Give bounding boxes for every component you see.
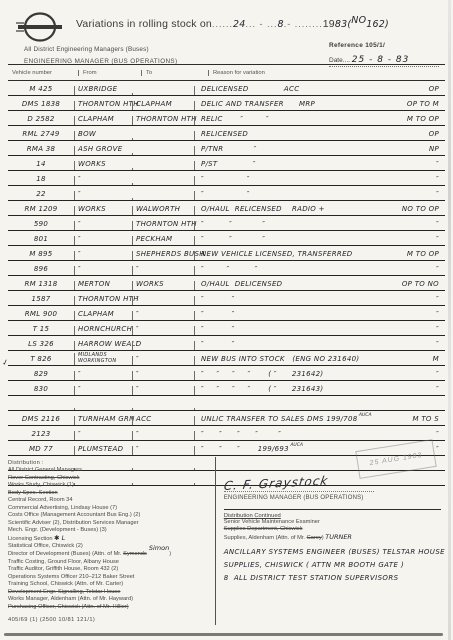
reason-text: ″ ″ ″ ″ ( ″ 231642) bbox=[201, 371, 387, 380]
reason-cell bbox=[194, 408, 445, 410]
reason-cell: ″ ″ ″″ bbox=[194, 236, 445, 245]
handwritten-no-label: NO bbox=[351, 15, 366, 26]
status-text: ″ bbox=[387, 221, 445, 230]
from-cell: BOW bbox=[74, 131, 132, 140]
table-row: 18″″ ″″ bbox=[8, 171, 445, 186]
footer-divider-rule bbox=[224, 509, 441, 510]
reason-text: ″ ″ bbox=[201, 296, 387, 305]
status-text: M TO OP bbox=[387, 251, 445, 260]
status-text: ″ bbox=[387, 341, 445, 350]
table-row: DMS 1838THORNTON HTHCLAPHAMDELIC AND TRA… bbox=[8, 96, 445, 111]
to-cell: ″ bbox=[132, 431, 194, 440]
distribution-list: Distribution : All District General Mana… bbox=[8, 457, 215, 625]
to-cell bbox=[132, 153, 194, 155]
from-cell: CLAPHAM bbox=[74, 311, 132, 320]
table-row: D 2582CLAPHAMTHORNTON HTHRELIC ″ ″M TO O… bbox=[8, 111, 445, 126]
handwritten-annotation: ✱ L bbox=[54, 534, 65, 542]
from-cell: ″ bbox=[74, 191, 132, 200]
distribution-item: Rover Contracting, Chiswick bbox=[8, 475, 215, 482]
vehicle-number-cell: 1587 bbox=[8, 296, 74, 305]
status-text: ″ bbox=[387, 311, 445, 320]
status-text: ″ bbox=[387, 236, 445, 245]
handwritten-annotation: Simon bbox=[147, 544, 169, 552]
to-cell bbox=[132, 183, 194, 185]
superscript-note: AUCA bbox=[358, 413, 372, 418]
table-row: 829″″″ ″ ″ ″ ( ″ 231642)″ bbox=[8, 366, 445, 381]
from-cell: HORNCHURCH bbox=[74, 326, 132, 335]
distribution-item: Scientific Adviser (2), Distribution Ser… bbox=[8, 520, 215, 527]
reason-text: RELIC ″ ″ bbox=[201, 116, 387, 125]
vehicle-number-cell: T 15 bbox=[8, 326, 74, 335]
reason-text: ″ ″ bbox=[201, 326, 387, 335]
form-print-reference: 405/69 (1) (2500 10/81 121/1) bbox=[8, 617, 215, 624]
from-cell: ″ bbox=[74, 431, 132, 440]
table-row: RMA 38ASH GROVEP/TNR ″NP bbox=[8, 141, 445, 156]
status-text: OP TO NO bbox=[387, 281, 445, 290]
handwritten-no-value: 162 bbox=[366, 19, 385, 30]
status-text: ″ bbox=[387, 371, 445, 380]
signatory-role: ENGINEERING MANAGER (BUS OPERATIONS) bbox=[224, 495, 445, 501]
to-cell: ″ bbox=[132, 311, 194, 320]
reason-text: P/ST ″ bbox=[201, 161, 387, 170]
reason-text: NEW BUS INTO STOCK (ENG NO 231640) bbox=[201, 356, 387, 365]
handwritten-line: ANCILLARY SYSTEMS ENGINEER (BUSES) TELST… bbox=[224, 546, 445, 559]
form-title-line: Variations in rolling stock on......24..… bbox=[76, 18, 389, 30]
table-row: 801″PECKHAM″ ″ ″″ bbox=[8, 231, 445, 246]
to-cell: ″ bbox=[132, 341, 194, 350]
to-cell bbox=[132, 93, 194, 95]
to-cell bbox=[132, 198, 194, 200]
distribution-item: Development Engr. Signalling, Telstar Ho… bbox=[8, 589, 215, 596]
reason-cell: ″ ″ ″ ″ ( ″ 231642)″ bbox=[194, 371, 445, 380]
status-text: ″ bbox=[387, 386, 445, 395]
form-header: Variations in rolling stock on......24..… bbox=[10, 6, 445, 62]
reason-cell: ″ ″″ bbox=[194, 176, 445, 185]
reason-text: DELICENSED ACC bbox=[201, 86, 387, 95]
from-cell bbox=[74, 408, 132, 410]
to-cell: ″ bbox=[132, 446, 194, 455]
col-header-vehicle-number: Vehicle number bbox=[8, 70, 78, 76]
table-row: RM 1318MERTONWORKSO/HAUL DELICENSEDOP TO… bbox=[8, 276, 445, 291]
vehicle-number-cell: RM 1318 bbox=[8, 281, 74, 290]
from-cell: UXBRIDGE bbox=[74, 86, 132, 95]
to-cell bbox=[132, 138, 194, 140]
reason-cell: NEW VEHICLE LICENSED, TRANSFERREDM TO OP bbox=[194, 251, 445, 260]
vehicle-number-cell: RML 900 bbox=[8, 311, 74, 320]
handwritten-day: 24 bbox=[233, 19, 246, 30]
table-header-row: Vehicle number From To Reason for variat… bbox=[8, 64, 445, 81]
reason-cell: ″ ″″ bbox=[194, 296, 445, 305]
vehicle-number-cell: LS 326 bbox=[8, 341, 74, 350]
from-cell: ″ bbox=[74, 251, 132, 260]
status-text: ″ bbox=[387, 266, 445, 275]
table-row: DMS 2116TURNHAM GRNACCUNLIC TRANSFER TO … bbox=[8, 411, 445, 426]
reason-text: P/TNR ″ bbox=[201, 146, 387, 155]
vehicle-number-cell: DMS 1838 bbox=[8, 101, 74, 110]
table-row: RML 900CLAPHAM″″ ″″ bbox=[8, 306, 445, 321]
table-row bbox=[8, 396, 445, 411]
reason-cell: ″ ″ ″″ bbox=[194, 266, 445, 275]
vehicle-number-cell: 896 bbox=[8, 266, 74, 275]
signature-and-distribution-continued: 25 AUG 1983 C. F. Graystock ENGINEERING … bbox=[215, 457, 445, 625]
distribution-item: Commercial Advertising, Lindsay House (7… bbox=[8, 505, 215, 512]
status-text: ″ bbox=[387, 431, 445, 440]
table-row: 590″THORNTON HTH″ ″ ″″ bbox=[8, 216, 445, 231]
reason-text: O/HAUL RELICENSED RADIO + bbox=[201, 206, 387, 215]
distribution-item: Training School, Chiswick (Attn. of Mr. … bbox=[8, 581, 215, 588]
to-cell: THORNTON HTH bbox=[132, 116, 194, 125]
from-cell: ″ bbox=[74, 176, 132, 185]
status-text: OP bbox=[387, 86, 445, 95]
reason-cell: RELIC ″ ″M TO OP bbox=[194, 116, 445, 125]
reason-cell: RELICENSEDOP bbox=[194, 131, 445, 140]
handwritten-annotation: TURNER bbox=[325, 533, 352, 541]
vehicle-number-cell: 14 bbox=[8, 161, 74, 170]
reason-cell: UNLIC TRANSFER TO SALES DMS 199/708 AUCA… bbox=[194, 416, 445, 426]
addressee-to-line: All District Engineering Managers (Buses… bbox=[24, 46, 178, 53]
reason-text: ″ ″ bbox=[201, 341, 387, 350]
handwritten-signature: C. F. Graystock bbox=[223, 467, 446, 493]
vehicle-number-cell: RMA 38 bbox=[8, 146, 74, 155]
reference-number: Reference 105/1/ bbox=[329, 42, 439, 49]
reason-text bbox=[201, 408, 387, 410]
status-text: ″ bbox=[387, 161, 445, 170]
to-cell: PECKHAM bbox=[132, 236, 194, 245]
table-row: T 826MIDLANDS WORKINGTON″NEW BUS INTO ST… bbox=[8, 351, 445, 366]
from-cell: CLAPHAM bbox=[74, 116, 132, 125]
distribution-title: Distribution : bbox=[8, 460, 215, 467]
vehicle-number-cell: RM 1209 bbox=[8, 206, 74, 215]
to-cell: WORKS bbox=[132, 281, 194, 290]
handwritten-year: 83 bbox=[335, 19, 348, 30]
reason-text: ″ ″ ″ bbox=[201, 266, 387, 275]
reason-text: ″ ″ ″ bbox=[201, 221, 387, 230]
rolling-stock-table: Vehicle number From To Reason for variat… bbox=[8, 64, 445, 486]
status-text: M bbox=[387, 356, 445, 365]
table-body: M 425UXBRIDGEDELICENSED ACCOPDMS 1838THO… bbox=[8, 81, 445, 486]
vehicle-number-cell: 22 bbox=[8, 191, 74, 200]
handwritten-line: 8 ALL DISTRICT TEST STATION SUPERVISORS bbox=[224, 572, 445, 585]
col-header-reason: Reason for variation bbox=[208, 70, 445, 76]
vehicle-number-cell: MD 77 bbox=[8, 446, 74, 455]
col-header-to: To bbox=[141, 70, 208, 76]
reason-cell: O/HAUL DELICENSEDOP TO NO bbox=[194, 281, 445, 290]
status-text: ″ bbox=[387, 326, 445, 335]
form-title: Variations in rolling stock on bbox=[76, 18, 212, 30]
reason-text: RELICENSED bbox=[201, 131, 387, 140]
table-row: T 15HORNCHURCH″″ ″″ bbox=[8, 321, 445, 336]
reason-cell: DELIC AND TRANSFER MRPOP TO M bbox=[194, 101, 445, 110]
status-text: OP TO M bbox=[387, 101, 445, 110]
vehicle-number-cell: D 2582 bbox=[8, 116, 74, 125]
to-cell: ″ bbox=[132, 356, 194, 365]
table-row: 896″″″ ″ ″″ bbox=[8, 261, 445, 276]
distribution-item: Licensing Section ✱ L bbox=[8, 535, 215, 543]
to-cell: CLAPHAM bbox=[132, 101, 194, 110]
reason-cell: P/ST ″″ bbox=[194, 161, 445, 170]
col-header-from: From bbox=[78, 70, 141, 76]
to-cell: ″ bbox=[132, 266, 194, 275]
distribution-item: Purchasing Officer, Chiswick (Attn. of M… bbox=[8, 604, 215, 611]
reason-cell: ″ ″ ″″ bbox=[194, 221, 445, 230]
table-row: 22″″ ″″ bbox=[8, 186, 445, 201]
distribution-item: Traffic Auditor, Griffith House, Room 43… bbox=[8, 566, 215, 573]
vehicle-number-cell bbox=[8, 408, 74, 410]
distribution-item: Supplies, Aldenham (Attn. of Mr. Carey) … bbox=[224, 534, 445, 542]
distribution-item: All District General Managers bbox=[8, 467, 215, 474]
table-row: RM 1209WORKSWALWORTHO/HAUL RELICENSED RA… bbox=[8, 201, 445, 216]
status-text: OP bbox=[387, 131, 445, 140]
table-row: 14WORKSP/ST ″″ bbox=[8, 156, 445, 171]
from-cell: ″ bbox=[74, 266, 132, 275]
london-transport-roundel-logo bbox=[14, 10, 64, 44]
handwritten-additions: ANCILLARY SYSTEMS ENGINEER (BUSES) TELST… bbox=[224, 546, 445, 585]
from-cell: HARROW WEALD bbox=[74, 341, 132, 350]
status-text bbox=[387, 408, 445, 410]
to-cell: ACC bbox=[132, 416, 194, 425]
status-text: M TO S bbox=[387, 416, 445, 425]
from-cell: ″ bbox=[74, 371, 132, 380]
table-row: 2123″″″ ″ ″ ″ ″″ bbox=[8, 426, 445, 441]
to-cell: ″ bbox=[132, 371, 194, 380]
status-text: NP bbox=[387, 146, 445, 155]
distribution-item: Central Record, Room 34 bbox=[8, 497, 215, 504]
from-cell: ″ bbox=[74, 221, 132, 230]
reason-text: ″ ″ ″ ″ ( ″ 231643) bbox=[201, 386, 387, 395]
status-text: NO TO OP bbox=[387, 206, 445, 215]
vehicle-number-cell: 590 bbox=[8, 221, 74, 230]
vehicle-number-cell: M 895 bbox=[8, 251, 74, 260]
distribution-item: Senior Vehicle Maintenance Examiner bbox=[224, 519, 445, 526]
vehicle-number-cell: 830 bbox=[8, 386, 74, 395]
status-text: ″ bbox=[387, 176, 445, 185]
distribution-item: Traffic Costing, Ground Floor, Albany Ho… bbox=[8, 559, 215, 566]
vehicle-number-cell: DMS 2116 bbox=[8, 416, 74, 425]
reason-cell: DELICENSED ACCOP bbox=[194, 86, 445, 95]
printed-year-prefix: 19 bbox=[323, 18, 335, 30]
reason-cell: ″ ″ ″ ″ ″″ bbox=[194, 431, 445, 440]
distribution-item: Director of Development (Buses) (Attn. o… bbox=[8, 550, 215, 558]
distribution-item: Works Manager, Aldenham (Attn. of Mr. Ha… bbox=[8, 596, 215, 603]
to-cell: SHEPHERDS BUSH bbox=[132, 251, 194, 260]
reason-cell: P/TNR ″NP bbox=[194, 146, 445, 155]
from-cell: TURNHAM GRN bbox=[74, 416, 132, 425]
addressee-block: All District Engineering Managers (Buses… bbox=[24, 46, 178, 65]
vehicle-number-cell: 829 bbox=[8, 371, 74, 380]
reason-text: ″ ″ bbox=[201, 176, 387, 185]
from-cell: ″ bbox=[74, 386, 132, 395]
distribution-item: Body Spec. Section bbox=[8, 490, 215, 497]
vehicle-number-cell: 801 bbox=[8, 236, 74, 245]
reason-cell: NEW BUS INTO STOCK (ENG NO 231640)M bbox=[194, 356, 445, 365]
distribution-item: Works Study, Chiswick (1) bbox=[8, 482, 215, 489]
reason-text: ″ ″ bbox=[201, 311, 387, 320]
scan-edge-artifact bbox=[4, 633, 443, 636]
scanned-form-page: Variations in rolling stock on......24..… bbox=[0, 0, 453, 640]
form-footer: Distribution : All District General Mana… bbox=[8, 457, 445, 625]
status-text: ″ bbox=[387, 191, 445, 200]
table-row: LS 326HARROW WEALD″″ ″″ bbox=[8, 336, 445, 351]
from-cell: MERTON bbox=[74, 281, 132, 290]
reason-cell: O/HAUL RELICENSED RADIO +NO TO OP bbox=[194, 206, 445, 215]
to-cell: ″ bbox=[132, 326, 194, 335]
to-cell: ″ bbox=[132, 386, 194, 395]
from-cell: ASH GROVE bbox=[74, 146, 132, 155]
to-cell: THORNTON HTH bbox=[132, 221, 194, 230]
vehicle-number-cell: RML 2749 bbox=[8, 131, 74, 140]
date-label: Date.... bbox=[329, 57, 350, 64]
from-cell: ″ bbox=[74, 236, 132, 245]
to-cell: WALWORTH bbox=[132, 206, 194, 215]
reason-cell: ″ ″″ bbox=[194, 341, 445, 350]
to-cell bbox=[132, 168, 194, 170]
reason-cell: ″ ″″ bbox=[194, 311, 445, 320]
reason-text: UNLIC TRANSFER TO SALES DMS 199/708 AUCA bbox=[201, 416, 387, 426]
reason-cell: ″ ″ ″ ″ ( ″ 231643)″ bbox=[194, 386, 445, 395]
table-row: 830″″″ ″ ″ ″ ( ″ 231643)″ bbox=[8, 381, 445, 396]
reason-cell: ″ ″″ bbox=[194, 191, 445, 200]
distribution-item: Statistical Office, Chiswick (2) bbox=[8, 543, 215, 550]
signature-block: C. F. Graystock ENGINEERING MANAGER (BUS… bbox=[224, 479, 445, 501]
from-cell: THORNTON HTH bbox=[74, 296, 132, 305]
from-cell: WORKS bbox=[74, 161, 132, 170]
reason-cell: ″ ″″ bbox=[194, 326, 445, 335]
reason-text: O/HAUL DELICENSED bbox=[201, 281, 387, 290]
from-cell: MIDLANDS WORKINGTON bbox=[74, 353, 132, 365]
table-row: M 425UXBRIDGEDELICENSED ACCOP bbox=[8, 81, 445, 96]
table-row: M 895″SHEPHERDS BUSHNEW VEHICLE LICENSED… bbox=[8, 246, 445, 261]
distribution-item: Operations Systems Officer 210–212 Baker… bbox=[8, 574, 215, 581]
reason-text: ″ ″ ″ ″ ″ bbox=[201, 431, 387, 440]
superscript-note: AUCA bbox=[289, 443, 303, 448]
status-text: ″ bbox=[387, 296, 445, 305]
to-cell: ″ bbox=[132, 296, 194, 305]
status-text: M TO OP bbox=[387, 116, 445, 125]
vehicle-number-cell: 2123 bbox=[8, 431, 74, 440]
vehicle-number-cell: T 826 bbox=[8, 356, 74, 365]
from-cell: WORKS bbox=[74, 206, 132, 215]
handwritten-line: SUPPLIES, CHISWICK ( ATTN MR BOOTH GATE … bbox=[224, 559, 445, 572]
reason-text: DELIC AND TRANSFER MRP bbox=[201, 101, 387, 110]
vehicle-number-cell: 18 bbox=[8, 176, 74, 185]
from-cell: PLUMSTEAD bbox=[74, 446, 132, 455]
table-row: RML 2749BOWRELICENSEDOP bbox=[8, 126, 445, 141]
reason-text: ″ ″ bbox=[201, 191, 387, 200]
reason-text: ″ ″ ″ bbox=[201, 236, 387, 245]
table-row: 1587THORNTON HTH″″ ″″ bbox=[8, 291, 445, 306]
distribution-item: Costs Office (Management Accountant Bus … bbox=[8, 512, 215, 519]
vehicle-number-cell: M 425 bbox=[8, 86, 74, 95]
from-cell: THORNTON HTH bbox=[74, 101, 132, 110]
reason-text: NEW VEHICLE LICENSED, TRANSFERRED bbox=[201, 251, 387, 260]
to-cell bbox=[132, 408, 194, 410]
distribution-item: Mech. Engr. (Development - Buses) (3) bbox=[8, 527, 215, 534]
